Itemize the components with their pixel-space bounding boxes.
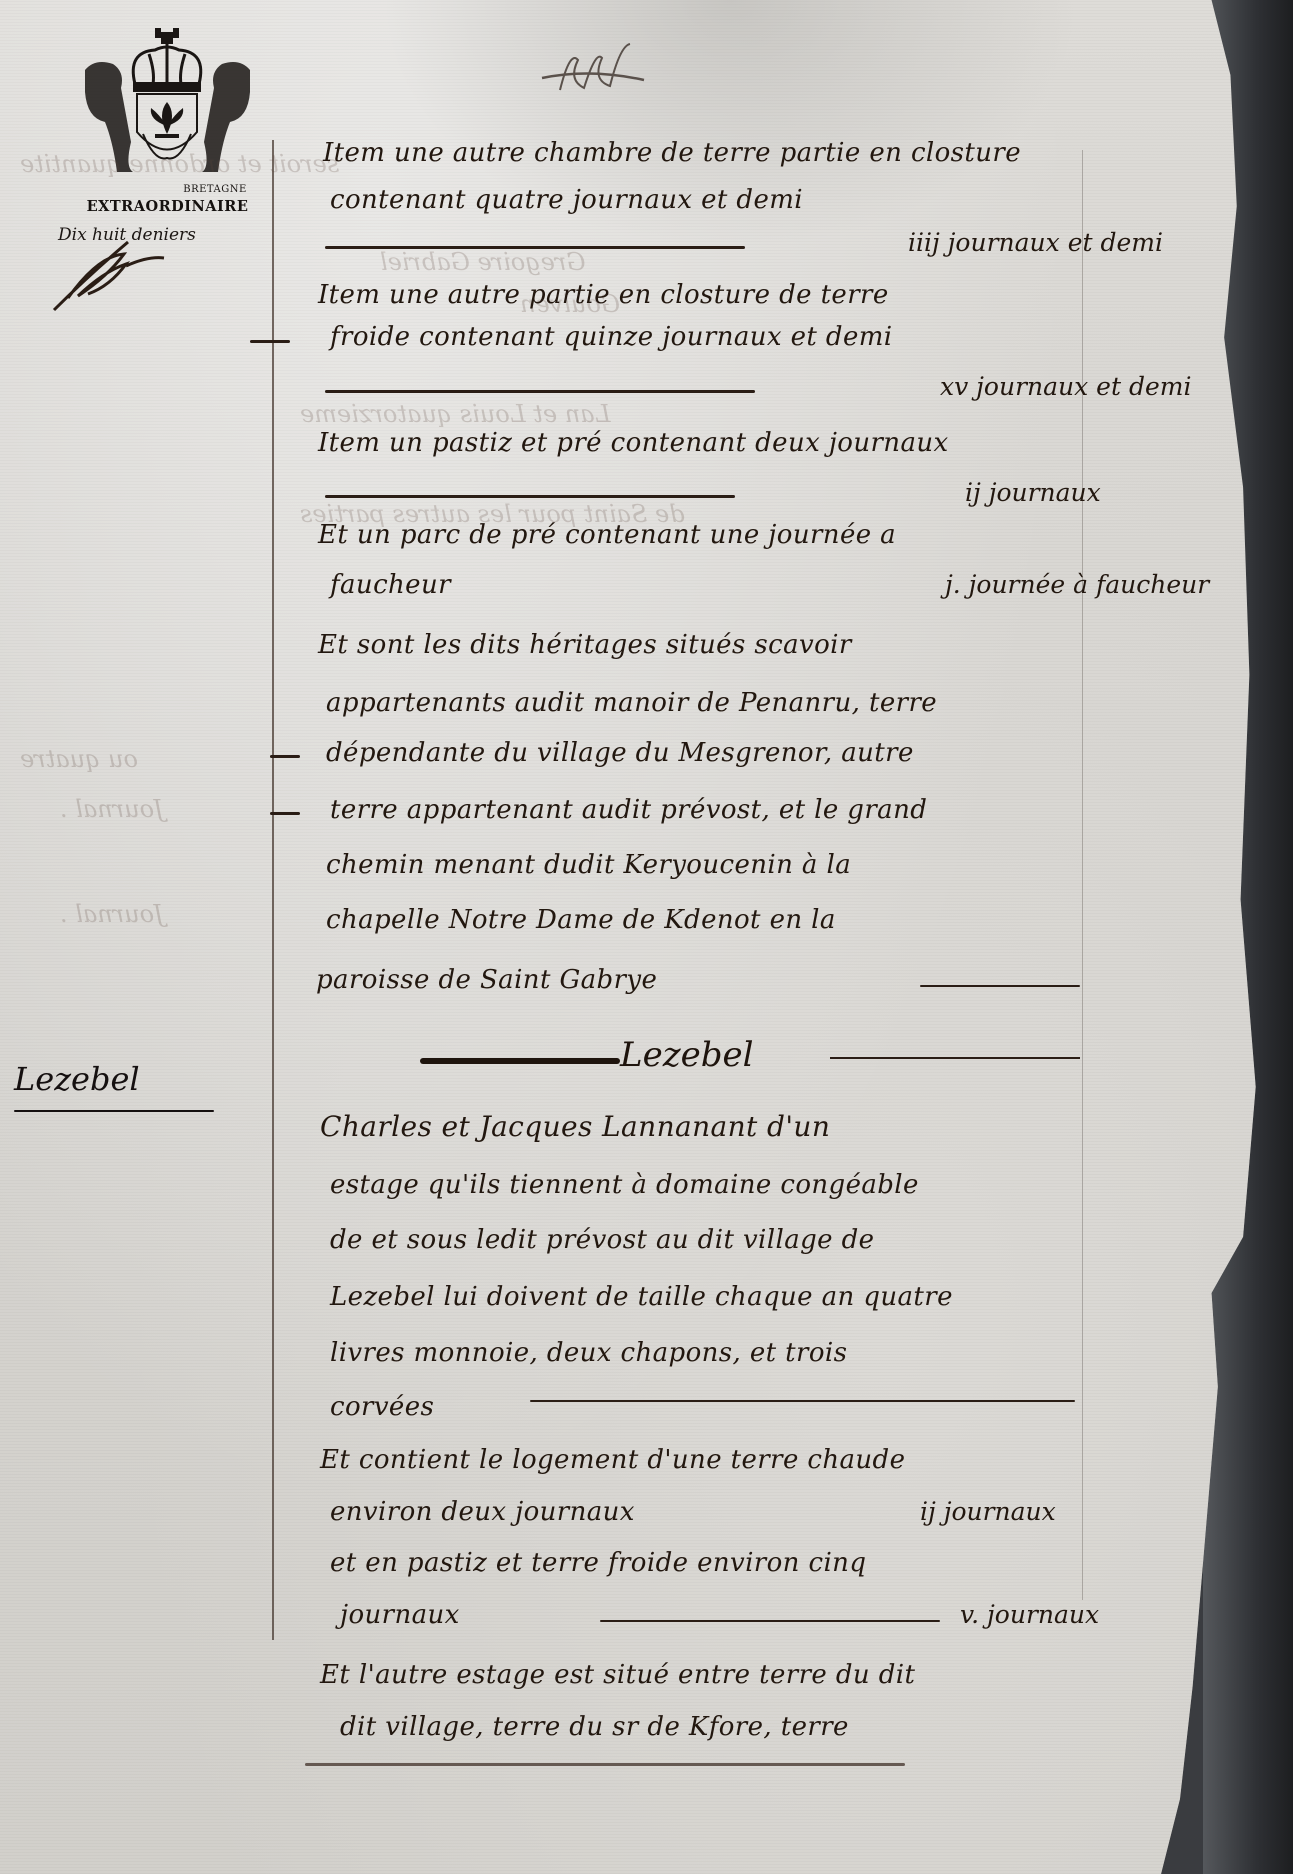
text-line: chapelle Notre Dame de Kdenot en la <box>326 905 836 935</box>
text-line: journaux <box>340 1600 460 1630</box>
closing-rule <box>305 1763 905 1766</box>
text-line: dit village, terre du sr de Kfore, terre <box>340 1712 849 1742</box>
quantity-entry: iiij journaux et demi <box>908 228 1163 257</box>
bleed-through-text: seroit et ordonne quantite <box>20 150 339 178</box>
tax-stamp: BRETAGNE EXTRAORDINAIRE Dix huit deniers <box>50 22 285 212</box>
fill-rule <box>530 1400 1075 1402</box>
fill-rule <box>325 246 745 249</box>
text-line: Item une autre chambre de terre partie e… <box>323 138 1021 168</box>
text-line: paroisse de Saint Gabrye <box>316 965 657 995</box>
text-line: Charles et Jacques Lannanant d'un <box>320 1110 830 1143</box>
quantity-entry: ij journaux <box>965 478 1101 507</box>
margin-tick <box>250 340 290 343</box>
heading-flourish-right <box>830 1057 1080 1059</box>
bleed-through-text: Lan et Louis quatorzieme <box>300 400 610 428</box>
text-line: terre appartenant audit prévost, et le g… <box>330 795 927 825</box>
text-line: de et sous ledit prévost au dit village … <box>330 1225 874 1255</box>
paraph-scribble-icon <box>48 236 168 316</box>
bleed-through-text: Journal . <box>60 795 164 823</box>
text-line: Et contient le logement d'une terre chau… <box>320 1445 905 1475</box>
stamp-region-label: BRETAGNE <box>160 184 270 195</box>
text-line: Item un pastiz et pré contenant deux jou… <box>318 428 949 458</box>
stamp-type-label: EXTRAORDINAIRE <box>50 198 285 215</box>
margin-name: Lezebel <box>14 1060 140 1098</box>
margin-rule <box>272 140 274 1640</box>
folio-scribble-icon <box>540 40 650 100</box>
text-line: Et l'autre estage est situé entre terre … <box>320 1660 915 1690</box>
text-line: Item une autre partie en closture de ter… <box>318 280 889 310</box>
margin-name-underline <box>14 1110 214 1112</box>
text-line: dépendante du village du Mesgrenor, autr… <box>326 738 914 768</box>
text-line: Lezebel lui doivent de taille chaque an … <box>330 1282 953 1312</box>
text-line: froide contenant quinze journaux et demi <box>330 322 893 352</box>
text-line: et en pastiz et terre froide environ cin… <box>330 1548 866 1578</box>
text-line: appartenants audit manoir de Penanru, te… <box>326 688 937 718</box>
text-line: livres monnoie, deux chapons, et trois <box>330 1338 847 1368</box>
fill-rule <box>325 495 735 498</box>
fill-rule <box>325 390 755 393</box>
bleed-through-text: ou quatre <box>20 745 138 773</box>
text-line: environ deux journaux <box>330 1497 635 1527</box>
quantity-column-rule <box>1082 150 1083 1600</box>
text-line: contenant quatre journaux et demi <box>330 185 803 215</box>
text-line: estage qu'ils tiennent à domaine congéab… <box>330 1170 919 1200</box>
margin-tick <box>270 812 300 815</box>
text-line: Et sont les dits héritages situés scavoi… <box>318 630 852 660</box>
bleed-through-text: Journal . <box>60 900 164 928</box>
bleed-through-text: Gregoire Gabriel <box>380 248 586 276</box>
section-heading: Lezebel <box>620 1035 754 1075</box>
quantity-entry: ij journaux <box>920 1497 1056 1526</box>
fill-rule <box>920 985 1080 987</box>
text-line: faucheur <box>330 570 451 600</box>
text-line: chemin menant dudit Keryoucenin à la <box>326 850 851 880</box>
margin-tick <box>270 755 300 758</box>
heading-flourish-left <box>420 1058 620 1064</box>
text-line: corvées <box>330 1392 434 1422</box>
fill-rule <box>600 1620 940 1622</box>
quantity-entry: v. journaux <box>960 1600 1099 1629</box>
quantity-entry: j. journée à faucheur <box>945 570 1209 599</box>
text-line: Et un parc de pré contenant une journée … <box>318 520 896 550</box>
quantity-entry: xv journaux et demi <box>940 372 1191 401</box>
